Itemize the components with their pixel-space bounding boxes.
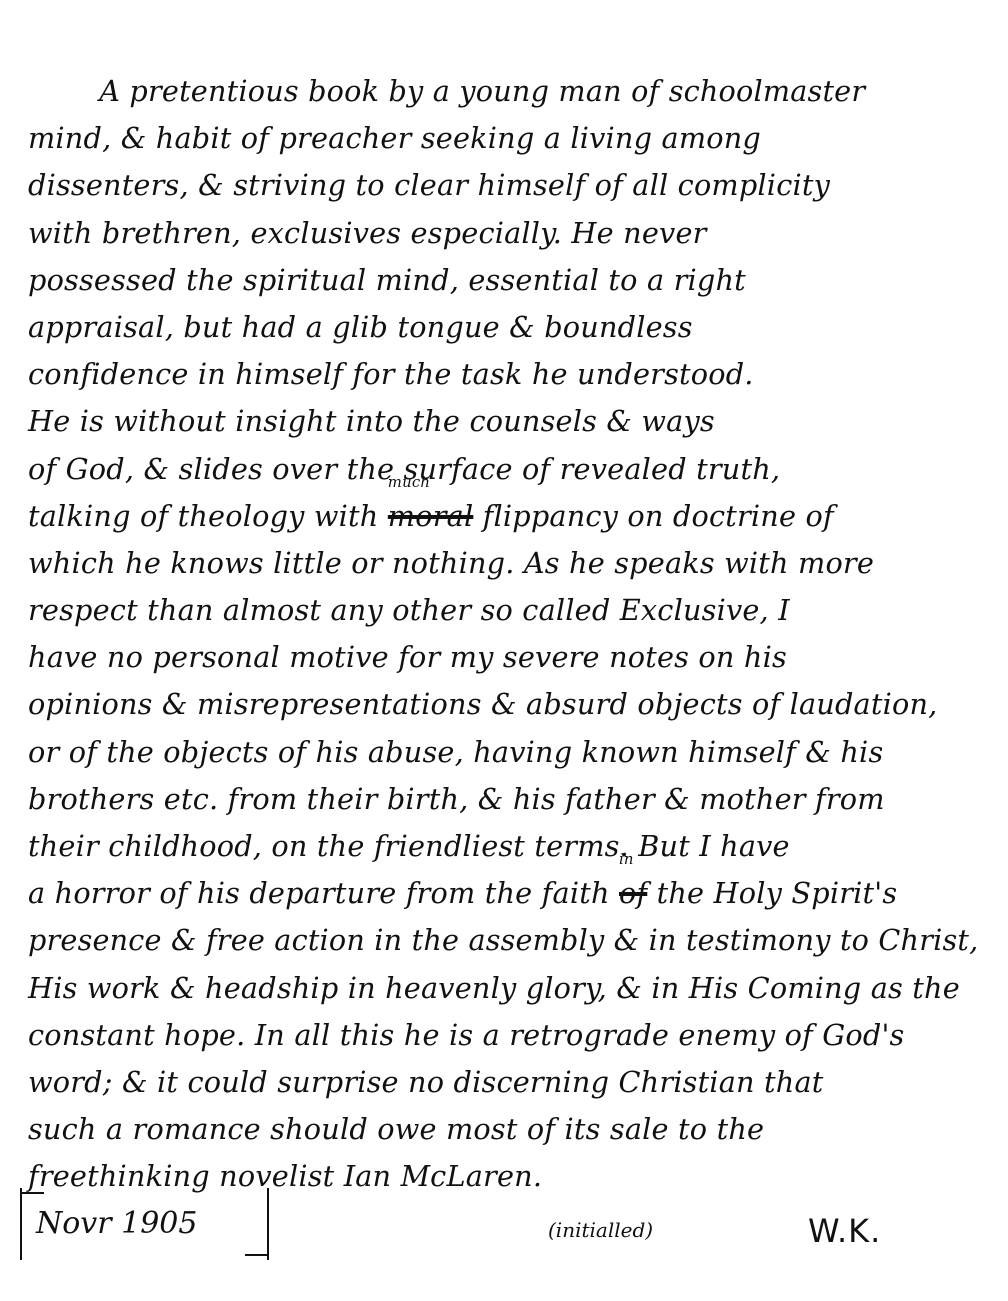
text-line: dissenters, & striving to clear himself … <box>28 162 978 209</box>
signature-initials: W.K. <box>808 1212 881 1250</box>
inserted-word: much <box>388 475 430 490</box>
line-text-after: flippancy on doctrine of <box>473 499 833 533</box>
initialled-note: (initialled) <box>548 1218 653 1242</box>
text-line-with-correction: talking of theology with muchmoral flipp… <box>28 493 978 540</box>
struck-word: moral <box>388 499 474 533</box>
text-line: appraisal, but had a glib tongue & bound… <box>28 304 978 351</box>
text-line: respect than almost any other so called … <box>28 587 978 634</box>
inserted-word: in <box>619 852 634 867</box>
correction: muchmoral <box>388 493 474 540</box>
text-line: His work & headship in heavenly glory, &… <box>28 965 978 1012</box>
text-line: opinions & misrepresentations & absurd o… <box>28 681 978 728</box>
date: Novr 1905 <box>36 1206 197 1241</box>
text-line: brothers etc. from their birth, & his fa… <box>28 776 978 823</box>
text-line: of God, & slides over the surface of rev… <box>28 446 978 493</box>
line-text-before: a horror of his departure from the faith <box>28 876 619 910</box>
text-line: constant hope. In all this he is a retro… <box>28 1012 978 1059</box>
text-line: which he knows little or nothing. As he … <box>28 540 978 587</box>
line-text-after: the Holy Spirit's <box>647 876 897 910</box>
text-line: their childhood, on the friendliest term… <box>28 823 978 870</box>
text-line: possessed the spiritual mind, essential … <box>28 257 978 304</box>
text-line: presence & free action in the assembly &… <box>28 917 976 964</box>
handwritten-body: A pretentious book by a young man of sch… <box>28 68 988 1201</box>
text-line: mind, & habit of preacher seeking a livi… <box>28 115 978 162</box>
text-line: such a romance should owe most of its sa… <box>28 1106 978 1153</box>
text-line: or of the objects of his abuse, having k… <box>28 729 978 776</box>
correction: inof <box>619 870 647 917</box>
text-line: with brethren, exclusives especially. He… <box>28 210 978 257</box>
text-line: have no personal motive for my severe no… <box>28 634 978 681</box>
text-line: word; & it could surprise no discerning … <box>28 1059 978 1106</box>
line-text-before: talking of theology with <box>28 499 388 533</box>
document-footer: Novr 1905 (initialled) W.K. <box>0 1188 1008 1268</box>
text-line-with-correction: a horror of his departure from the faith… <box>28 870 978 917</box>
scanned-document-page: A pretentious book by a young man of sch… <box>0 0 1008 1301</box>
text-line: A pretentious book by a young man of sch… <box>28 68 977 115</box>
struck-word: of <box>619 876 647 910</box>
text-line: He is without insight into the counsels … <box>28 398 978 445</box>
date-bracket: Novr 1905 <box>20 1188 269 1260</box>
text-line: confidence in himself for the task he un… <box>28 351 978 398</box>
